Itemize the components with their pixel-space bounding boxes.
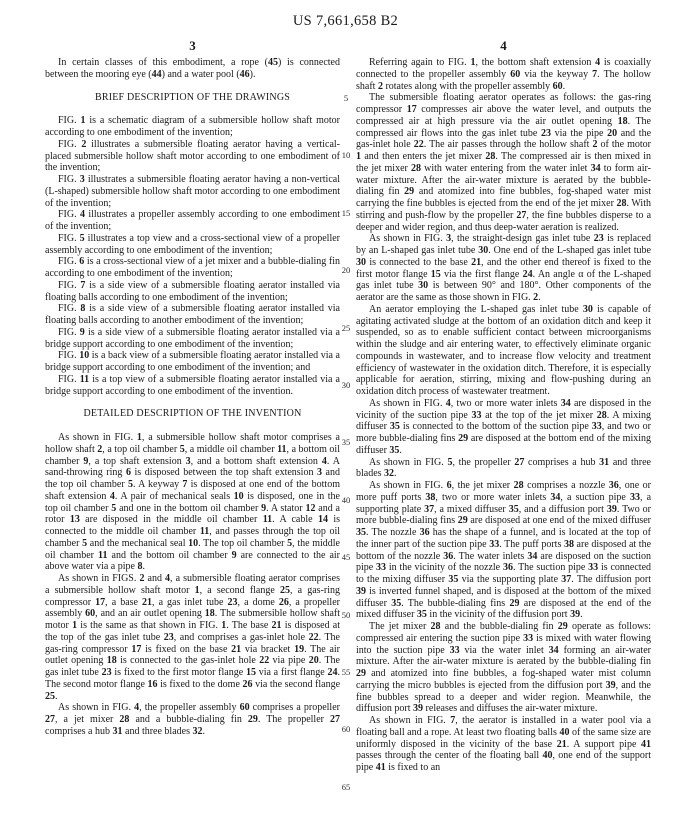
gutter-line-number: 65 xyxy=(338,782,354,792)
gutter-line-number: 10 xyxy=(338,150,354,160)
paragraph: As shown in FIG. 6, the jet mixer 28 com… xyxy=(356,480,651,621)
right-column: Referring again to FIG. 1, the bottom sh… xyxy=(356,57,651,774)
gutter-line-number: 40 xyxy=(338,495,354,505)
section-heading: BRIEF DESCRIPTION OF THE DRAWINGS xyxy=(45,92,340,104)
paragraph: FIG. 2 illustrates a submersible floatin… xyxy=(45,139,340,174)
paragraph: FIG. 6 is a cross-sectional view of a je… xyxy=(45,256,340,280)
paragraph: FIG. 9 is a side view of a submersible f… xyxy=(45,327,340,351)
paragraph: In certain classes of this embodiment, a… xyxy=(45,57,340,81)
paragraph: FIG. 11 is a top view of a submersible f… xyxy=(45,374,340,398)
gutter-line-number: 20 xyxy=(338,265,354,275)
gutter-line-number: 45 xyxy=(338,552,354,562)
paragraph: FIG. 7 is a side view of a submersible f… xyxy=(45,280,340,304)
left-column-number: 3 xyxy=(45,38,340,54)
gutter-line-number: 35 xyxy=(338,437,354,447)
section-heading: DETAILED DESCRIPTION OF THE INVENTION xyxy=(45,408,340,420)
paragraph: The jet mixer 28 and the bubble-dialing … xyxy=(356,621,651,715)
gutter-line-number: 5 xyxy=(338,93,354,103)
paragraph: The submersible floating aerator operate… xyxy=(356,92,651,233)
paragraph: FIG. 8 is a side view of a submersible f… xyxy=(45,303,340,327)
gutter-line-number: 55 xyxy=(338,667,354,677)
paragraph: FIG. 5 illustrates a top view and a cros… xyxy=(45,233,340,257)
left-column: In certain classes of this embodiment, a… xyxy=(45,57,340,774)
paragraph: As shown in FIG. 1, a submersible hollow… xyxy=(45,432,340,573)
line-number-gutter: 5101520253035404550556065 xyxy=(338,0,354,830)
gutter-line-number: 15 xyxy=(338,208,354,218)
gutter-line-number: 25 xyxy=(338,323,354,333)
paragraph: FIG. 10 is a back view of a submersible … xyxy=(45,350,340,374)
paragraph: An aerator employing the L-shaped gas in… xyxy=(356,304,651,398)
gutter-line-number: 50 xyxy=(338,610,354,620)
paragraph: As shown in FIG. 7, the aerator is insta… xyxy=(356,715,651,774)
right-column-number: 4 xyxy=(356,38,651,54)
patent-page: US 7,661,658 B2 3 4 In certain classes o… xyxy=(0,0,691,830)
gutter-line-number: 30 xyxy=(338,380,354,390)
paragraph: As shown in FIG. 4, the propeller assemb… xyxy=(45,702,340,737)
paragraph: As shown in FIGS. 2 and 4, a submersible… xyxy=(45,573,340,702)
paragraph: FIG. 3 illustrates a submersible floatin… xyxy=(45,174,340,209)
paragraph: FIG. 4 illustrates a propeller assembly … xyxy=(45,209,340,233)
paragraph: As shown in FIG. 3, the straight-design … xyxy=(356,233,651,304)
paragraph: Referring again to FIG. 1, the bottom sh… xyxy=(356,57,651,92)
gutter-line-number: 60 xyxy=(338,724,354,734)
paragraph: FIG. 1 is a schematic diagram of a subme… xyxy=(45,115,340,139)
paragraph: As shown in FIG. 4, two or more water in… xyxy=(356,398,651,457)
paragraph: As shown in FIG. 5, the propeller 27 com… xyxy=(356,457,651,481)
